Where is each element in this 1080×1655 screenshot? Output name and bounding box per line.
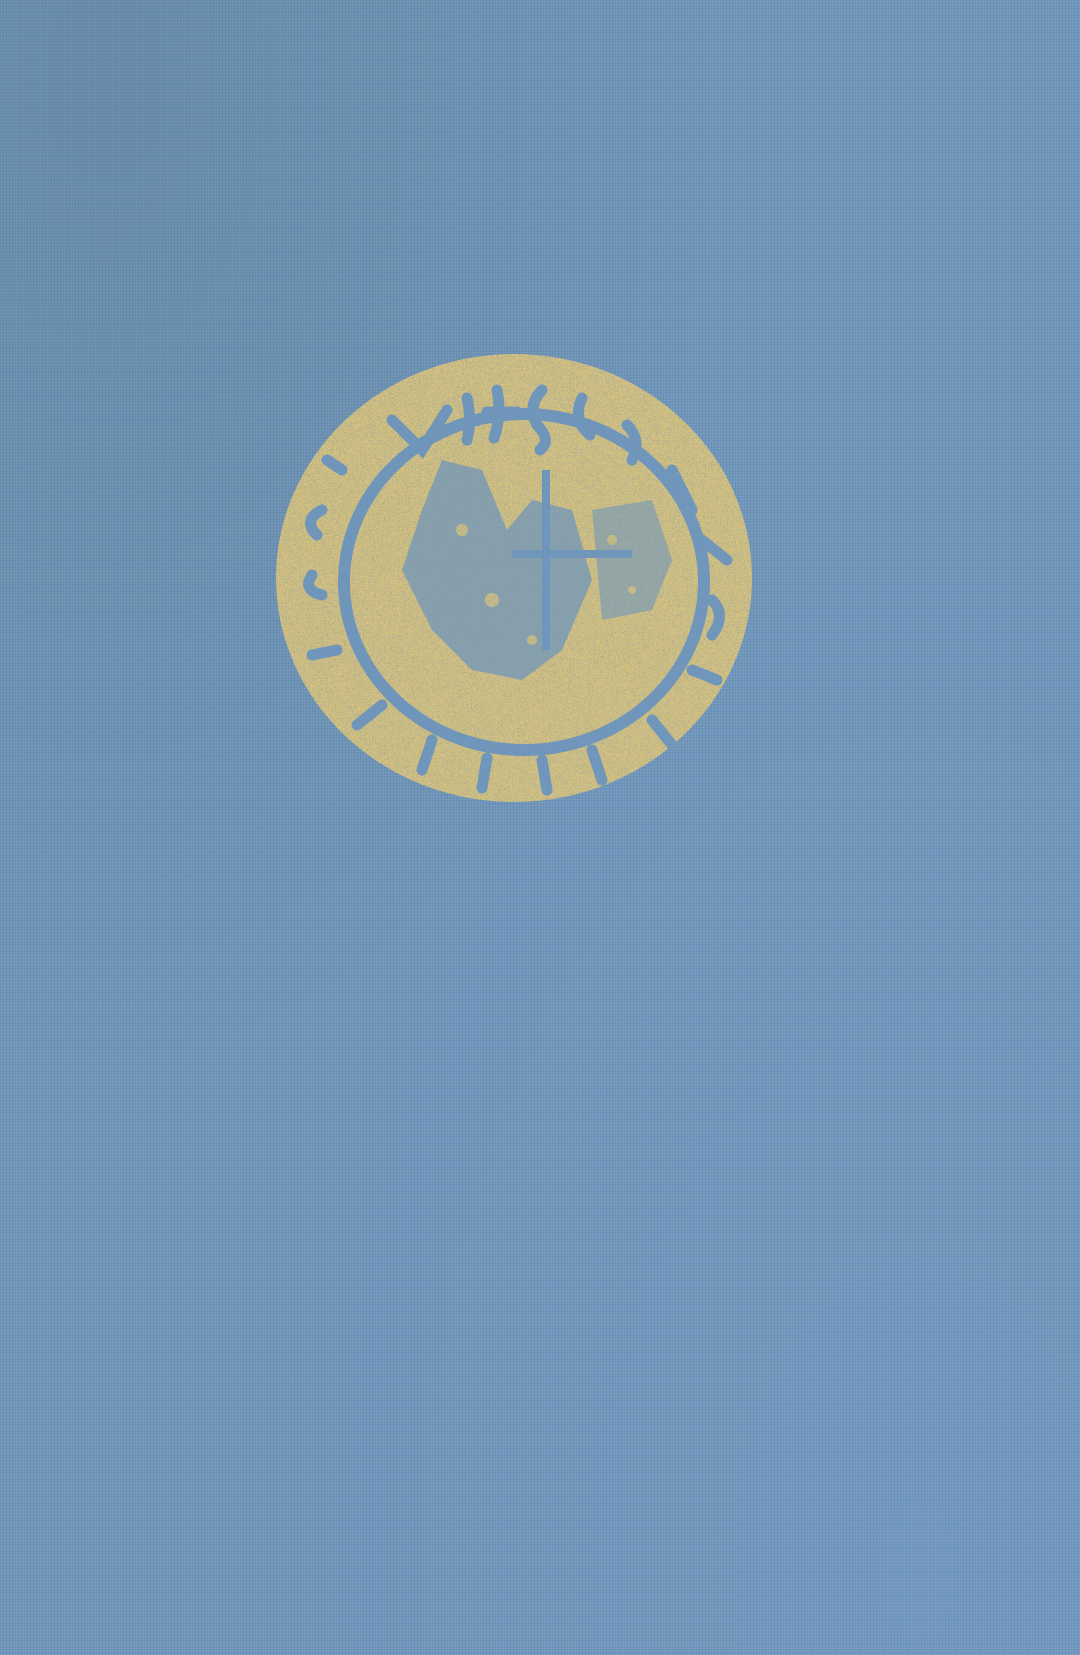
book-cover — [0, 0, 1080, 1655]
gold-seal-emblem — [272, 350, 756, 806]
seal-icon — [272, 350, 756, 806]
